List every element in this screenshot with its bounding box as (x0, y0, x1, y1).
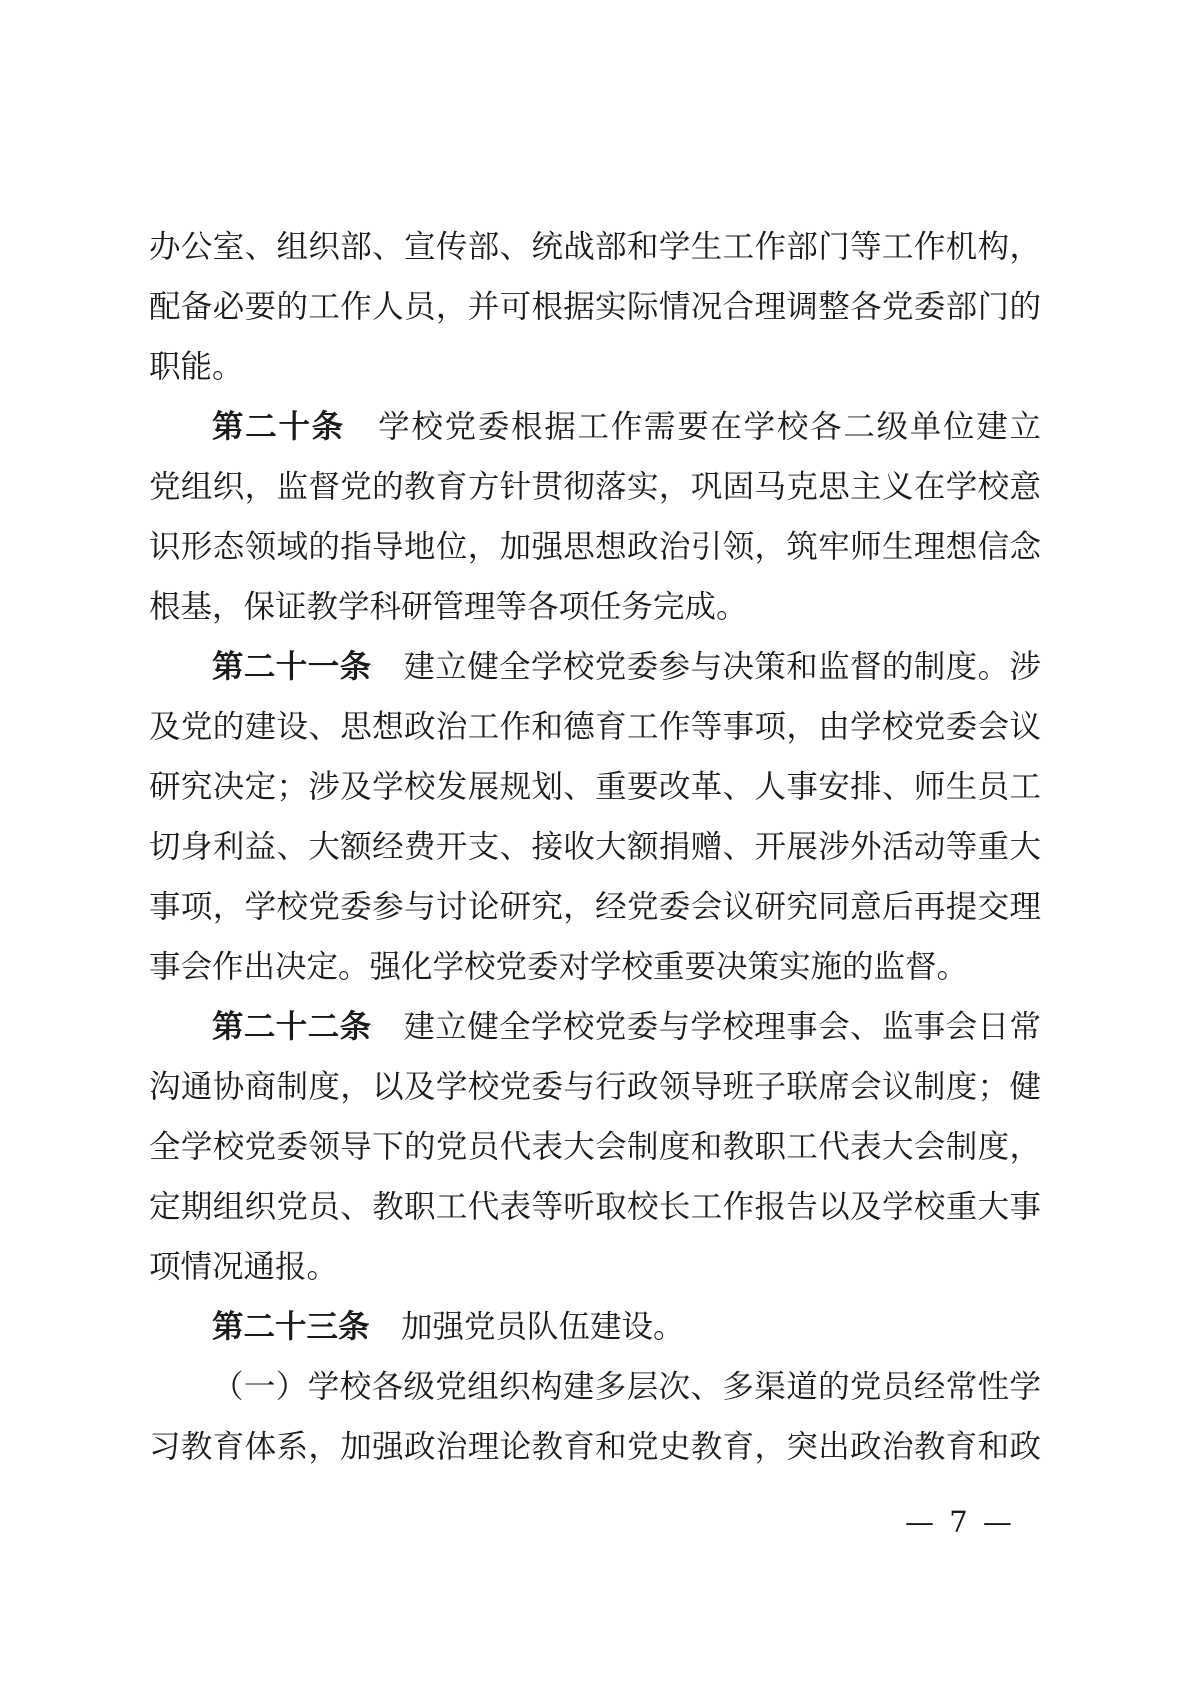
body-text: 研究决定；涉及学校发展规划、重要改革、人事安排、师生员工 (149, 769, 1041, 805)
document-page: 办公室、组织部、宣传部、统战部和学生工作部门等工作机构，配备必要的工作人员，并可… (0, 0, 1191, 1684)
article-heading: 第二十二条 (212, 1008, 372, 1045)
text-line: 定期组织党员、教职工代表等听取校长工作报告以及学校重大事 (149, 1177, 1041, 1237)
body-text: 配备必要的工作人员，并可根据实际情况合理调整各党委部门的 (149, 289, 1041, 325)
page-number: — 7 — (905, 1506, 1015, 1538)
text-line: 沟通协商制度，以及学校党委与行政领导班子联席会议制度；健 (149, 1057, 1041, 1117)
body-text: 建立健全学校党委参与决策和监督的制度。涉 (372, 649, 1041, 685)
body-text: 识形态领域的指导地位，加强思想政治引领，筑牢师生理想信念 (149, 529, 1041, 565)
article-heading: 第二十一条 (212, 648, 372, 685)
text-line: 事项，学校党委参与讨论研究，经党委会议研究同意后再提交理 (149, 877, 1041, 937)
text-line: 研究决定；涉及学校发展规划、重要改革、人事安排、师生员工 (149, 757, 1041, 817)
body-text: 沟通协商制度，以及学校党委与行政领导班子联席会议制度；健 (149, 1069, 1041, 1105)
text-line: 识形态领域的指导地位，加强思想政治引领，筑牢师生理想信念 (149, 517, 1041, 577)
body-text: （一）学校各级党组织构建多层次、多渠道的党员经常性学 (212, 1369, 1041, 1405)
text-line: （一）学校各级党组织构建多层次、多渠道的党员经常性学 (149, 1357, 1041, 1417)
text-line: 事会作出决定。强化学校党委对学校重要决策实施的监督。 (149, 937, 1041, 997)
text-line: 全学校党委领导下的党员代表大会制度和教职工代表大会制度， (149, 1117, 1041, 1177)
text-line: 第二十条 学校党委根据工作需要在学校各二级单位建立 (149, 397, 1041, 457)
body-text: 加强党员队伍建设。 (370, 1309, 685, 1345)
body-text: 根基，保证教学科研管理等各项任务完成。 (149, 589, 748, 625)
body-text: 党组织，监督党的教育方针贯彻落实，巩固马克思主义在学校意 (149, 469, 1041, 505)
text-line: 根基，保证教学科研管理等各项任务完成。 (149, 577, 1041, 637)
body-text: 事项，学校党委参与讨论研究，经党委会议研究同意后再提交理 (149, 889, 1041, 925)
body-text: 学校党委根据工作需要在学校各二级单位建立 (345, 409, 1041, 445)
body-text: 事会作出决定。强化学校党委对学校重要决策实施的监督。 (149, 949, 968, 985)
article-heading: 第二十三条 (212, 1308, 370, 1345)
text-line: 第二十三条 加强党员队伍建设。 (149, 1297, 1041, 1357)
body-text: 定期组织党员、教职工代表等听取校长工作报告以及学校重大事 (149, 1189, 1041, 1225)
body-text: 全学校党委领导下的党员代表大会制度和教职工代表大会制度， (149, 1129, 1041, 1165)
text-line: 配备必要的工作人员，并可根据实际情况合理调整各党委部门的 (149, 277, 1041, 337)
text-line: 及党的建设、思想政治工作和德育工作等事项，由学校党委会议 (149, 697, 1041, 757)
text-line: 党组织，监督党的教育方针贯彻落实，巩固马克思主义在学校意 (149, 457, 1041, 517)
text-line: 习教育体系，加强政治理论教育和党史教育，突出政治教育和政 (149, 1417, 1041, 1477)
article-heading: 第二十条 (212, 408, 345, 445)
text-line: 职能。 (149, 337, 1041, 397)
body-text: 切身利益、大额经费开支、接收大额捐赠、开展涉外活动等重大 (149, 829, 1041, 865)
text-line: 办公室、组织部、宣传部、统战部和学生工作部门等工作机构， (149, 217, 1041, 277)
body-text: 建立健全学校党委与学校理事会、监事会日常 (372, 1009, 1041, 1045)
body-text: 及党的建设、思想政治工作和德育工作等事项，由学校党委会议 (149, 709, 1041, 745)
text-line: 第二十一条 建立健全学校党委参与决策和监督的制度。涉 (149, 637, 1041, 697)
text-line: 切身利益、大额经费开支、接收大额捐赠、开展涉外活动等重大 (149, 817, 1041, 877)
text-line: 第二十二条 建立健全学校党委与学校理事会、监事会日常 (149, 997, 1041, 1057)
body-text: 办公室、组织部、宣传部、统战部和学生工作部门等工作机构， (149, 229, 1041, 265)
body-text: 习教育体系，加强政治理论教育和党史教育，突出政治教育和政 (149, 1429, 1041, 1465)
body-text: 项情况通报。 (149, 1249, 338, 1285)
body-text: 职能。 (149, 349, 244, 385)
text-line: 项情况通报。 (149, 1237, 1041, 1297)
document-body: 办公室、组织部、宣传部、统战部和学生工作部门等工作机构，配备必要的工作人员，并可… (149, 217, 1041, 1477)
